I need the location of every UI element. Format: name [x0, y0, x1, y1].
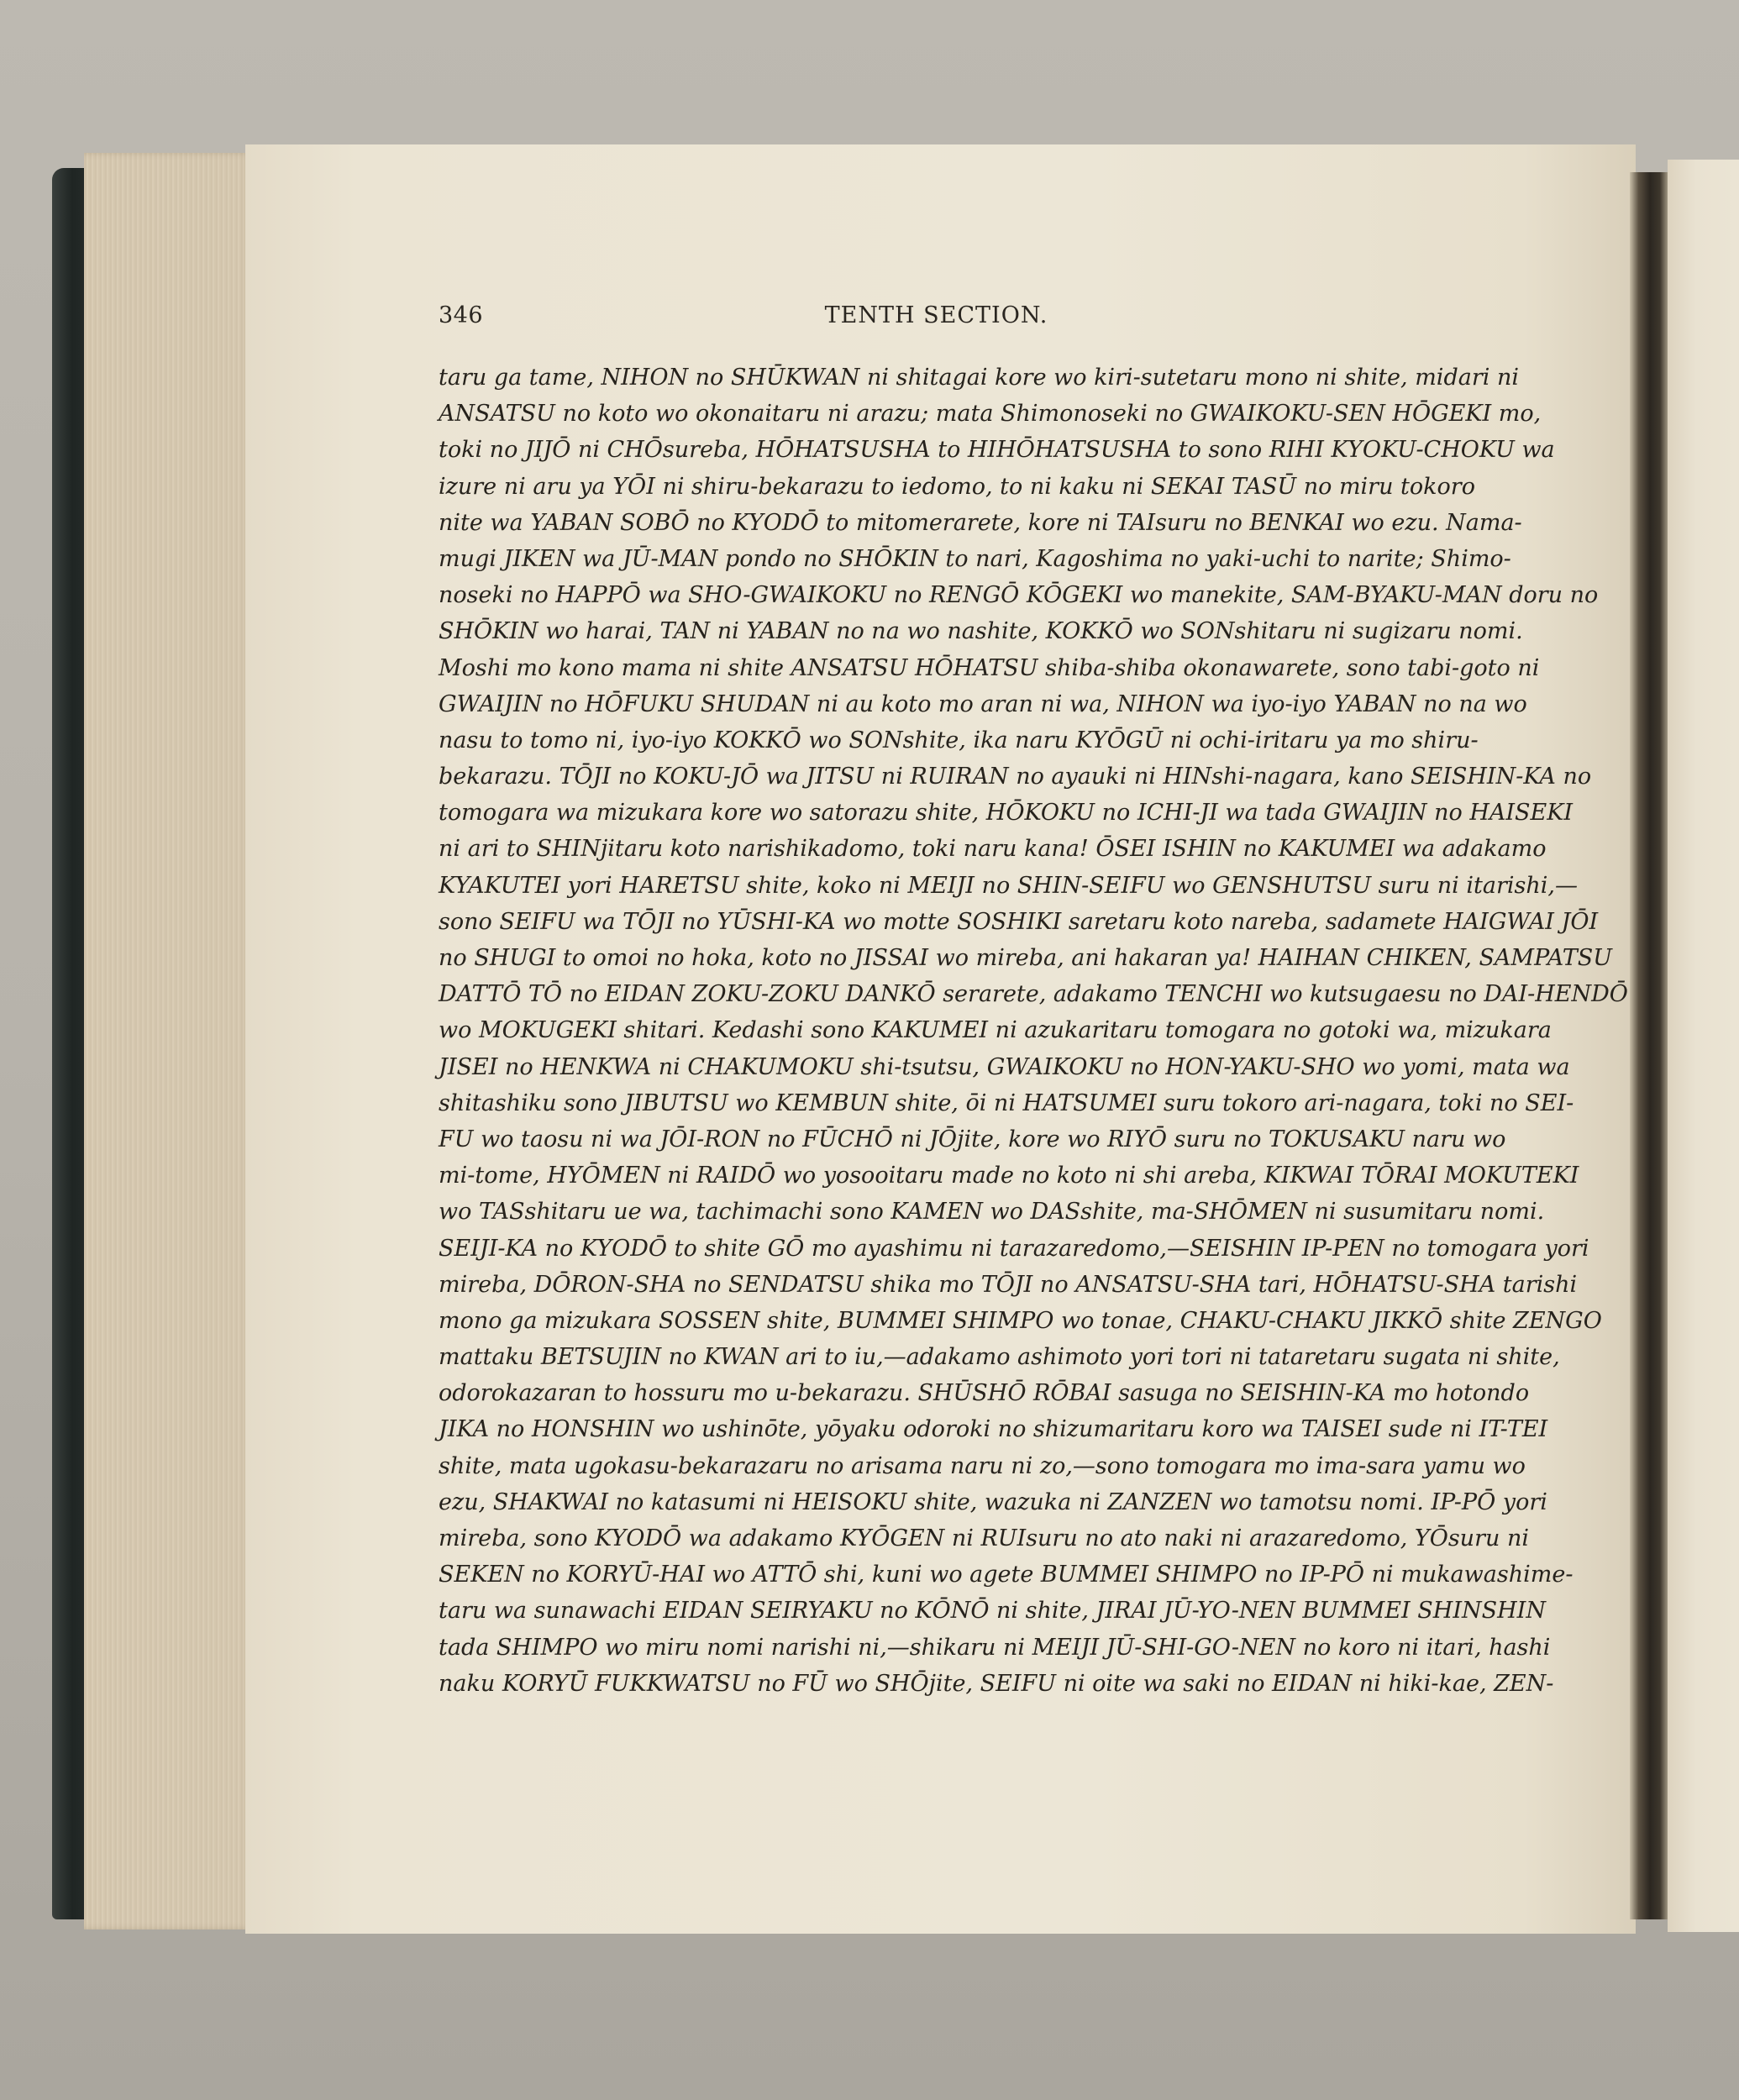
text-line: mono ga mizukara SOSSEN shite, BUMMEI SH… — [439, 1303, 1434, 1339]
text-line: odorokazaran to hossuru mo u-bekarazu. S… — [439, 1375, 1434, 1411]
text-line: Moshi mo kono mama ni shite ANSATSU HŌHA… — [439, 650, 1434, 686]
text-line: SHŌKIN wo harai, TAN ni YABAN no na wo n… — [439, 613, 1434, 649]
running-title: TENTH SECTION. — [439, 302, 1434, 328]
text-line: mireba, sono KYODŌ wa adakamo KYŌGEN ni … — [439, 1520, 1434, 1557]
text-line: sono SEIFU wa TŌJI no YŪSHI-KA wo motte … — [439, 904, 1434, 940]
text-line: KYAKUTEI yori HARETSU shite, koko ni MEI… — [439, 868, 1434, 904]
text-line: toki no JIJŌ ni CHŌsureba, HŌHATSUSHA to… — [439, 432, 1434, 468]
text-line: shitashiku sono JIBUTSU wo KEMBUN shite,… — [439, 1085, 1434, 1121]
text-line: GWAIJIN no HŌFUKU SHUDAN ni au koto mo a… — [439, 686, 1434, 722]
body-text: taru ga tame, NIHON no SHŪKWAN ni shitag… — [439, 360, 1434, 1702]
text-line: SEIJI-KA no KYODŌ to shite GŌ mo ayashim… — [439, 1231, 1434, 1267]
text-line: noseki no HAPPŌ wa SHO-GWAIKOKU no RENGŌ… — [439, 577, 1434, 613]
text-line: taru ga tame, NIHON no SHŪKWAN ni shitag… — [439, 360, 1434, 396]
text-line: DATTŌ TŌ no EIDAN ZOKU-ZOKU DANKŌ serare… — [439, 976, 1434, 1012]
text-line: mi-tome, HYŌMEN ni RAIDŌ wo yosooitaru m… — [439, 1158, 1434, 1194]
book-gutter — [1630, 172, 1670, 1919]
text-line: no SHUGI to omoi no hoka, koto no JISSAI… — [439, 940, 1434, 976]
text-line: JISEI no HENKWA ni CHAKUMOKU shi-tsutsu,… — [439, 1049, 1434, 1085]
text-line: wo MOKUGEKI shitari. Kedashi sono KAKUME… — [439, 1012, 1434, 1048]
text-line: JIKA no HONSHIN wo ushinōte, yōyaku odor… — [439, 1411, 1434, 1447]
text-line: SEKEN no KORYŪ-HAI wo ATTŌ shi, kuni wo … — [439, 1557, 1434, 1593]
text-line: naku KORYŪ FUKKWATSU no FŪ wo SHŌjite, S… — [439, 1666, 1434, 1702]
text-line: wo TASshitaru ue wa, tachimachi sono KAM… — [439, 1194, 1434, 1230]
text-line: FU wo taosu ni wa JŌI-RON no FŪCHŌ ni JŌ… — [439, 1121, 1434, 1158]
text-line: mattaku BETSUJIN no KWAN ari to iu,—adak… — [439, 1339, 1434, 1375]
text-line: ezu, SHAKWAI no katasumi ni HEISOKU shit… — [439, 1484, 1434, 1520]
page-edges — [84, 153, 252, 1929]
text-line: shite, mata ugokasu-bekarazaru no arisam… — [439, 1448, 1434, 1484]
text-line: bekarazu. TŌJI no KOKU-JŌ wa JITSU ni RU… — [439, 759, 1434, 795]
text-line: nite wa YABAN SOBŌ no KYODŌ to mitomerar… — [439, 505, 1434, 541]
text-line: tomogara wa mizukara kore wo satorazu sh… — [439, 795, 1434, 831]
text-line: tada SHIMPO wo miru nomi narishi ni,—shi… — [439, 1630, 1434, 1666]
text-line: taru wa sunawachi EIDAN SEIRYAKU no KŌNŌ… — [439, 1593, 1434, 1629]
text-line: mireba, DŌRON-SHA no SENDATSU shika mo T… — [439, 1267, 1434, 1303]
facing-page-edge — [1668, 160, 1739, 1932]
text-line: ni ari to SHINjitaru koto narishikadomo,… — [439, 831, 1434, 867]
text-line: ANSATSU no koto wo okonaitaru ni arazu; … — [439, 396, 1434, 432]
text-line: mugi JIKEN wa JŪ-MAN pondo no SHŌKIN to … — [439, 541, 1434, 577]
page-header: 346 TENTH SECTION. — [439, 302, 1434, 336]
text-line: nasu to tomo ni, iyo-iyo KOKKŌ wo SONshi… — [439, 722, 1434, 759]
text-line: izure ni aru ya YŌI ni shiru-bekarazu to… — [439, 469, 1434, 505]
